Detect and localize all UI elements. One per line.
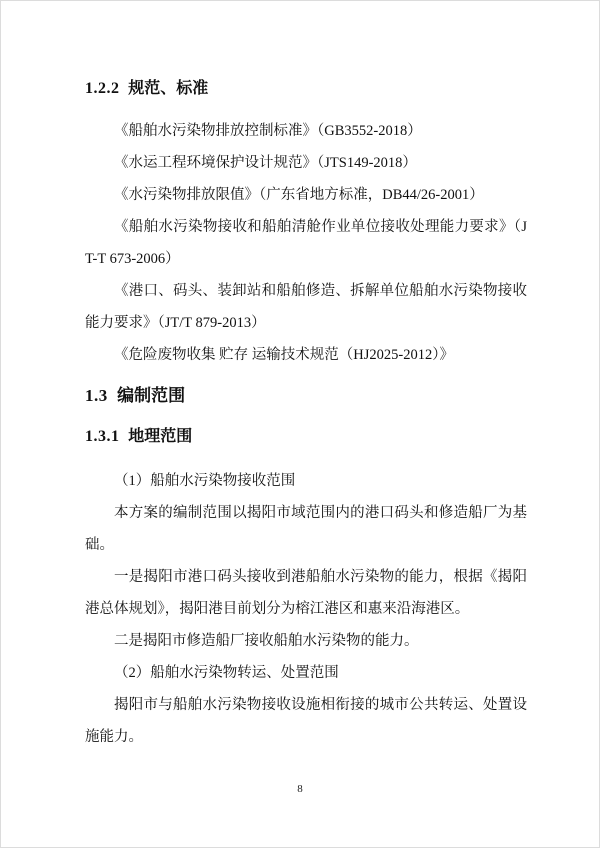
references-list: 《船舶水污染物排放控制标准》（GB3552-2018） 《水运工程环境保护设计规… [85, 115, 527, 371]
document-page: 1.2.2规范、标准 《船舶水污染物排放控制标准》（GB3552-2018） 《… [0, 0, 600, 848]
paragraph: 揭阳市与船舶水污染物接收设施相衔接的城市公共转运、处置设施能力。 [85, 689, 527, 753]
reference-item: 《危险废物收集 贮存 运输技术规范（HJ2025-2012）》 [85, 339, 527, 371]
paragraph: 本方案的编制范围以揭阳市域范围内的港口码头和修造船厂为基础。 [85, 497, 527, 561]
page-number: 8 [1, 783, 599, 795]
section-number: 1.3.1 [85, 428, 120, 445]
reference-item: 《水污染物排放限值》（广东省地方标准，DB44/26-2001） [85, 179, 527, 211]
section-number: 1.3 [85, 386, 108, 405]
section-heading-1-2-2: 1.2.2规范、标准 [85, 77, 527, 101]
paragraph: 二是揭阳市修造船厂接收船舶水污染物的能力。 [85, 625, 527, 657]
section-heading-1-3-1: 1.3.1地理范围 [85, 425, 527, 449]
paragraph: （2）船舶水污染物转运、处置范围 [85, 657, 527, 689]
paragraph: （1）船舶水污染物接收范围 [85, 465, 527, 497]
body-paragraphs: （1）船舶水污染物接收范围 本方案的编制范围以揭阳市域范围内的港口码头和修造船厂… [85, 465, 527, 753]
reference-item: 《水运工程环境保护设计规范》（JTS149-2018） [85, 147, 527, 179]
section-heading-1-3: 1.3编制范围 [85, 383, 527, 409]
paragraph: 一是揭阳市港口码头接收到港船舶水污染物的能力，根据《揭阳港总体规划》，揭阳港目前… [85, 561, 527, 625]
document-content: 1.2.2规范、标准 《船舶水污染物排放控制标准》（GB3552-2018） 《… [1, 1, 599, 753]
section-number: 1.2.2 [85, 80, 120, 97]
reference-item: 《港口、码头、装卸站和船舶修造、拆解单位船舶水污染物接收能力要求》（JT/T 8… [85, 275, 527, 339]
reference-item: 《船舶水污染物接收和船舶清舱作业单位接收处理能力要求》（JT-T 673-200… [85, 211, 527, 275]
section-title: 规范、标准 [128, 80, 208, 97]
section-title: 编制范围 [117, 386, 185, 405]
section-title: 地理范围 [128, 428, 192, 445]
reference-item: 《船舶水污染物排放控制标准》（GB3552-2018） [85, 115, 527, 147]
